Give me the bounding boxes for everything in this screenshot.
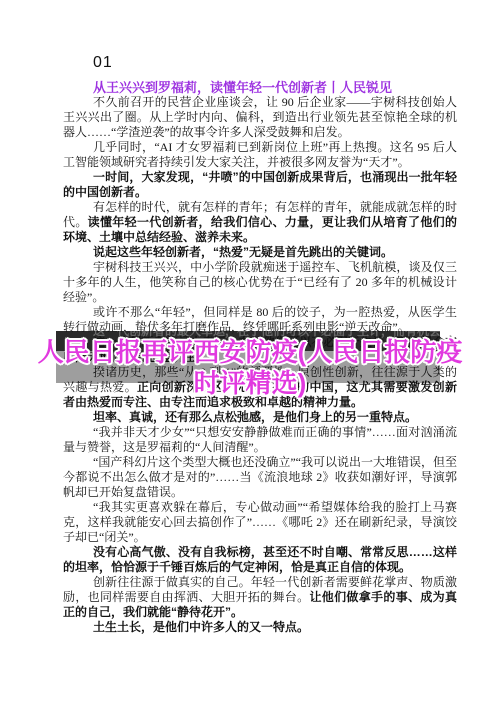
paragraph: 没有心高气傲、没有自我标榜，甚至还不时自嘲、常常反思……这样的坦率，恰恰源于千锤… [63,545,457,575]
paragraph: 说起这些年轻创新者，“热爱”无疑是首先跳出的关键词。 [63,245,457,260]
emphasized-text: 读懂年轻一代创新者，给我们信心、力量，更让我们从培育了他们的环境、土壤中总结经验… [63,215,457,244]
body-text: 宇树科技王兴兴，中小学阶段就痴迷于遥控车、飞机航模，谈及仅三十多年的人生，他笑称… [63,260,457,304]
emphasized-text: 土生土长，是他们中许多人的又一特点。 [93,620,309,634]
body-text: “国产科幻片这个类型大概也还没确立”“我可以说出一大堆错误，但至今都说不出怎么做… [63,455,457,499]
emphasized-text: 没有心高气傲、没有自我标榜，甚至还不时自嘲、常常反思……这样的坦率，恰恰源于千锤… [63,545,457,574]
paragraph: “我并非天才少女”“只想安安静静做难而正确的事情”……面对汹涌流量与赞誉，这是罗… [63,425,457,455]
emphasized-text: 说起这些年轻创新者，“热爱”无疑是首先跳出的关键词。 [93,245,393,259]
banner-title-line2: 时评精选) [0,368,500,399]
paragraph: 坦率、真诚，还有那么点松弛感，是他们身上的另一重特点。 [63,410,457,425]
paragraph: 有怎样的时代，就有怎样的青年；有怎样的青年，就能成就怎样的时代。读懂年轻一代创新… [63,200,457,245]
body-text: 或许不那么“年轻”，但同样是 80 后的饺子，为一腔热爱，从医学生转行做动画，蛰… [63,305,457,334]
section-number: 01 [93,53,457,72]
paragraph: “国产科幻片这个类型大概也还没确立”“我可以说出一大堆错误，但至今都说不出怎么做… [63,455,457,500]
emphasized-text: 坦率、真诚，还有那么点松弛感，是他们身上的另一重特点。 [93,410,417,424]
paragraph: “我其实更喜欢躲在幕后，专心做动画”“希望媒体给我的脸打上马赛克，这样我就能安心… [63,500,457,545]
paragraph: 宇树科技王兴兴，中小学阶段就痴迷于遥控车、飞机航模，谈及仅三十多年的人生，他笑称… [63,260,457,305]
body-text: 不久前召开的民营企业座谈会，让 90 后企业家——宇树科技创始人王兴兴出了圈。从… [63,95,457,139]
paragraph: 一时间，大家发现，“井喷”的中国创新成果背后，也涌现出一批年轻的中国创新者。 [63,170,457,200]
paragraph: 几乎同时，“AI 才女罗福莉已到新岗位上班”再上热搜。这名 95 后人工智能领域… [63,140,457,170]
article-page: 01 从王兴兴到罗福莉，读懂年轻一代创新者丨人民锐见 不久前召开的民营企业座谈会… [0,0,500,706]
banner-title-line1: 人民日报再评西安防疫(人民日报防疫 [0,337,500,368]
banner-title: 人民日报再评西安防疫(人民日报防疫 时评精选) [0,337,500,399]
paragraph: 土生土长，是他们中许多人的又一特点。 [63,620,457,635]
body-text: “我并非天才少女”“只想安安静静做难而正确的事情”……面对汹涌流量与赞誉，这是罗… [63,425,457,454]
emphasized-text: 一时间，大家发现，“井喷”的中国创新成果背后，也涌现出一批年轻的中国创新者。 [63,170,457,199]
paragraph: 创新往往源于做真实的自己。年轻一代创新者需要鲜花掌声、物质激励，也同样需要自由挥… [63,575,457,620]
body-text: “我其实更喜欢躲在幕后，专心做动画”“希望媒体给我的脸打上马赛克，这样我就能安心… [63,500,457,544]
body-text: 几乎同时，“AI 才女罗福莉已到新岗位上班”再上热搜。这名 95 后人工智能领域… [63,140,457,169]
article-headline: 从王兴兴到罗福莉，读懂年轻一代创新者丨人民锐见 [93,80,457,95]
article-content: 01 从王兴兴到罗福莉，读懂年轻一代创新者丨人民锐见 不久前召开的民营企业座谈会… [0,0,500,635]
paragraph: 不久前召开的民营企业座谈会，让 90 后企业家——宇树科技创始人王兴兴出了圈。从… [63,95,457,140]
